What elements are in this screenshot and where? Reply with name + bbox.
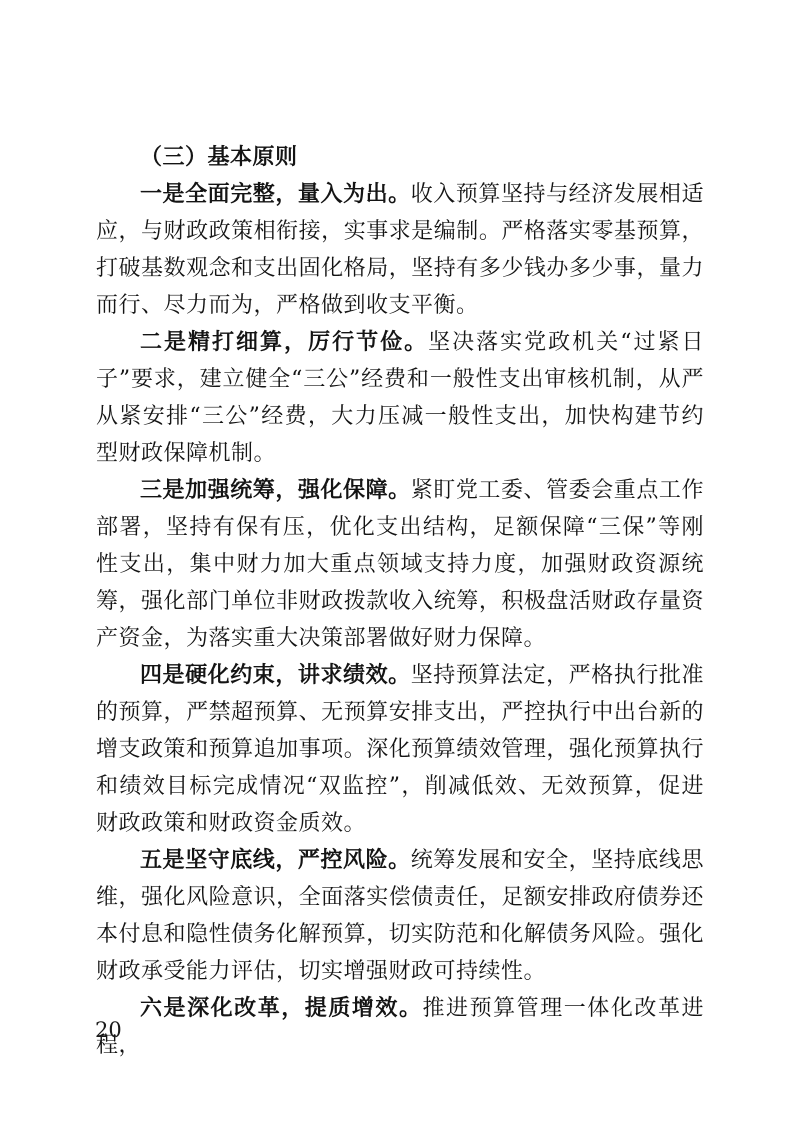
section-heading: （三）基本原则 xyxy=(96,139,704,176)
paragraph-3: 三是加强统筹，强化保障。紧盯党工委、管委会重点工作部署，坚持有保有压，优化支出结… xyxy=(96,472,704,657)
paragraph-2: 二是精打细算，厉行节俭。坚决落实党政机关“过紧日子”要求，建立健全“三公”经费和… xyxy=(96,324,704,472)
paragraph-1-lead: 一是全面完整，量入为出。 xyxy=(140,181,411,207)
paragraph-4: 四是硬化约束，讲求绩效。坚持预算法定，严格执行批准的预算，严禁超预算、无预算安排… xyxy=(96,657,704,842)
paragraph-2-lead: 二是精打细算，厉行节俭。 xyxy=(140,329,428,355)
paragraph-4-lead: 四是硬化约束，讲求绩效。 xyxy=(140,662,411,688)
paragraph-6: 六是深化改革，提质增效。推进预算管理一体化改革进程， xyxy=(96,990,704,1064)
page-number: 20 xyxy=(95,1015,122,1045)
paragraph-1: 一是全面完整，量入为出。收入预算坚持与经济发展相适应，与财政政策相衔接，实事求是… xyxy=(96,176,704,324)
paragraph-5: 五是坚守底线，严控风险。统筹发展和安全，坚持底线思维，强化风险意识，全面落实偿债… xyxy=(96,842,704,990)
paragraph-5-lead: 五是坚守底线，严控风险。 xyxy=(140,847,411,873)
document-page: （三）基本原则 一是全面完整，量入为出。收入预算坚持与经济发展相适应，与财政政策… xyxy=(0,0,793,1122)
document-body: （三）基本原则 一是全面完整，量入为出。收入预算坚持与经济发展相适应，与财政政策… xyxy=(96,139,704,1064)
paragraph-3-lead: 三是加强统筹，强化保障。 xyxy=(140,477,411,503)
paragraph-6-lead: 六是深化改革，提质增效。 xyxy=(140,995,423,1021)
paragraph-3-text: 紧盯党工委、管委会重点工作部署，坚持有保有压，优化支出结构，足额保障“三保”等刚… xyxy=(96,478,704,651)
paragraph-4-text: 坚持预算法定，严格执行批准的预算，严禁超预算、无预算安排支出，严控执行中出台新的… xyxy=(96,663,704,836)
